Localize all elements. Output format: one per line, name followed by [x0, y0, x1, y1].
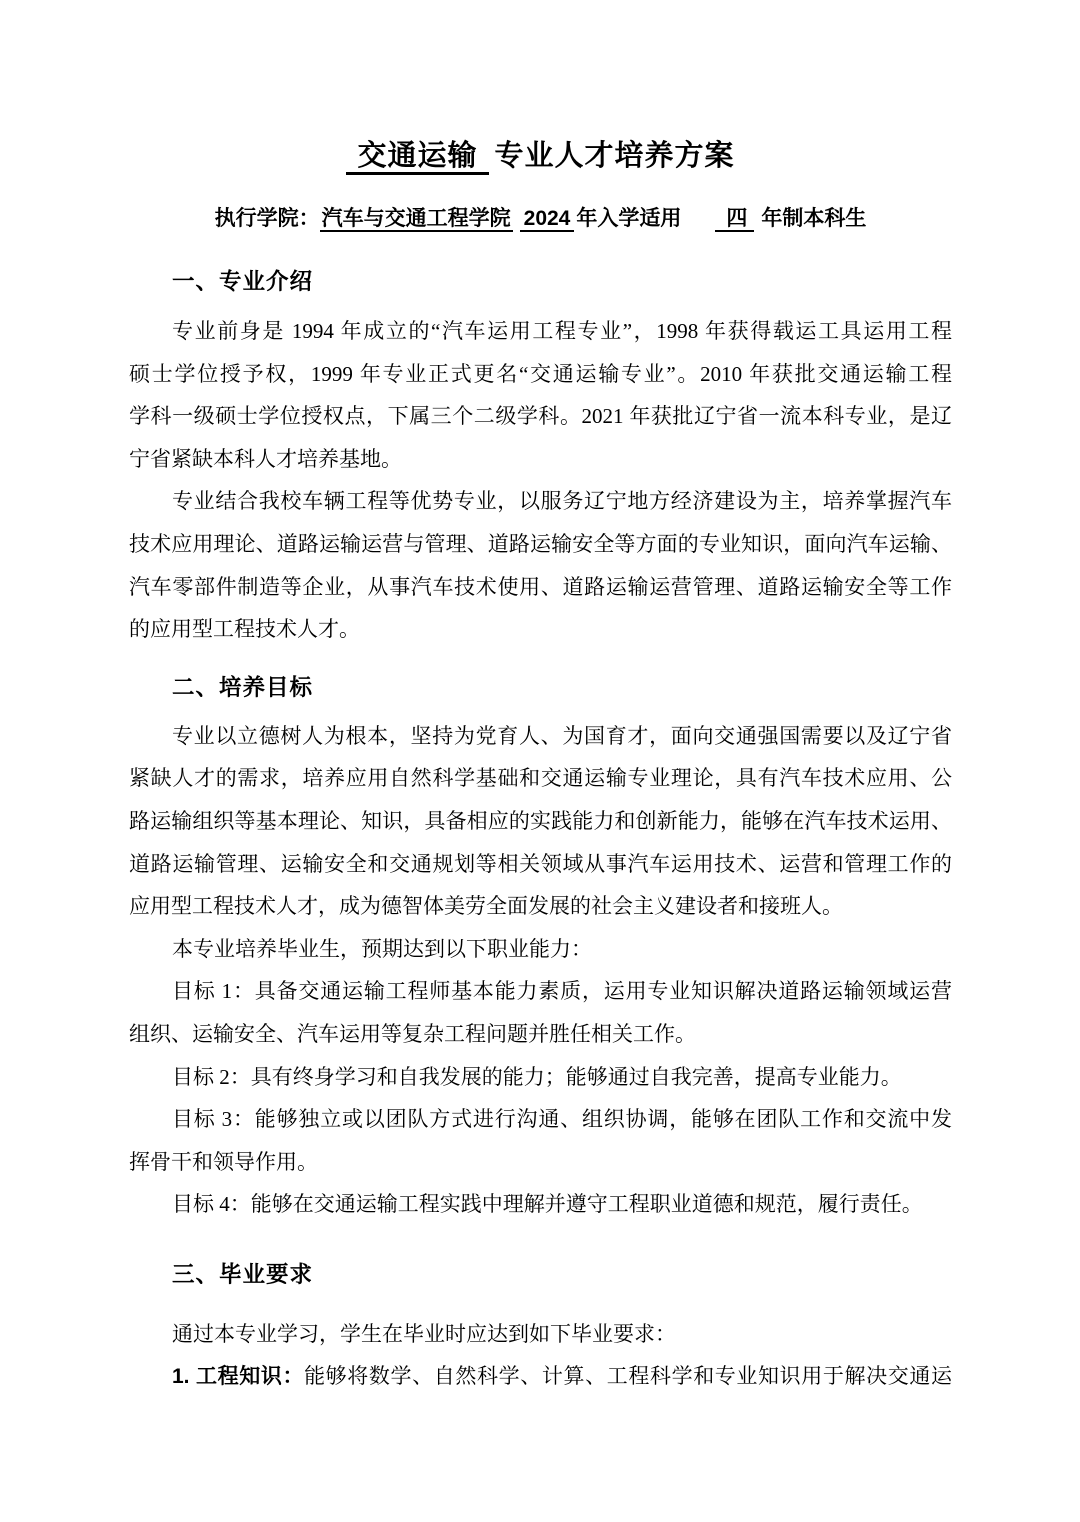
text-line: 本专业培养毕业生，预期达到以下职业能力： — [129, 928, 952, 971]
text-line: 宁省紧缺本科人才培养基地。 — [129, 438, 952, 481]
para-intro-2: 专业结合我校车辆工程等优势专业，以服务辽宁地方经济建设为主，培养掌握汽车技术应用… — [129, 480, 952, 650]
text-line: 专业前身是 1994 年成立的“汽车运用工程专业”，1998 年获得载运工具运用… — [129, 310, 952, 353]
text-line: 紧缺人才的需求，培养应用自然科学基础和交通运输专业理论，具有汽车技术应用、公 — [129, 757, 952, 800]
text-line: 1. 工程知识：能够将数学、自然科学、计算、工程科学和专业知识用于解决交通运 — [129, 1355, 952, 1399]
text-line: 学科一级硕士学位授权点，下属三个二级学科。2021 年获批辽宁省一流本科专业，是… — [129, 395, 952, 438]
text-line: 通过本专业学习，学生在毕业时应达到如下毕业要求： — [129, 1313, 952, 1356]
text-line: 硕士学位授予权，1999 年专业正式更名“交通运输专业”。2010 年获批交通运… — [129, 353, 952, 396]
text-run: 能够将数学、自然科学、计算、工程科学和专业知识用于解决交通运 — [304, 1364, 952, 1388]
text-line: 汽车零部件制造等企业，从事汽车技术使用、道路运输运营管理、道路运输安全等工作 — [129, 566, 952, 609]
doc-title: 交通运输专业人才培养方案 — [129, 133, 952, 179]
para-objective-2: 目标 2：具有终身学习和自我发展的能力；能够通过自我完善，提高专业能力。 — [129, 1056, 952, 1099]
subtitle-duration-underlined: 四 — [715, 207, 754, 232]
subtitle-duration-suffix: 年制本科生 — [761, 207, 866, 230]
subtitle-year-underlined: 2024 — [520, 207, 575, 232]
text-line: 的应用型工程技术人才。 — [129, 608, 952, 651]
bold-run: 1. 工程知识： — [172, 1365, 304, 1388]
text-line: 专业结合我校车辆工程等优势专业，以服务辽宁地方经济建设为主，培养掌握汽车 — [129, 480, 952, 523]
para-objective-3: 目标 3：能够独立或以团队方式进行沟通、组织协调，能够在团队工作和交流中发挥骨干… — [129, 1098, 952, 1183]
text-line: 组织、运输安全、汽车运用等复杂工程问题并胜任相关工作。 — [129, 1013, 952, 1056]
text-line: 技术应用理论、道路运输运营与管理、道路运输安全等方面的专业知识，面向汽车运输、 — [129, 523, 952, 566]
text-line: 目标 1：具备交通运输工程师基本能力素质，运用专业知识解决道路运输领域运营 — [129, 970, 952, 1013]
subtitle-label: 执行学院： — [215, 207, 320, 230]
section-heading-3: 三、毕业要求 — [129, 1259, 952, 1290]
text-line: 应用型工程技术人才，成为德智体美劳全面发展的社会主义建设者和接班人。 — [129, 885, 952, 928]
section-heading-2: 二、培养目标 — [129, 672, 952, 703]
document-page: 交通运输专业人才培养方案 执行学院：汽车与交通工程学院2024年入学适用四年制本… — [0, 0, 1080, 1522]
doc-subtitle: 执行学院：汽车与交通工程学院2024年入学适用四年制本科生 — [129, 204, 952, 233]
text-line: 挥骨干和领导作用。 — [129, 1141, 952, 1184]
para-objective-4: 目标 4：能够在交通运输工程实践中理解并遵守工程职业道德和规范，履行责任。 — [129, 1183, 952, 1226]
para-goal-overview: 专业以立德树人为根本，坚持为党育人、为国育才，面向交通强国需要以及辽宁省紧缺人才… — [129, 715, 952, 928]
document-body: 一、专业介绍专业前身是 1994 年成立的“汽车运用工程专业”，1998 年获得… — [129, 266, 952, 1399]
para-intro-1: 专业前身是 1994 年成立的“汽车运用工程专业”，1998 年获得载运工具运用… — [129, 310, 952, 480]
text-line: 目标 3：能够独立或以团队方式进行沟通、组织协调，能够在团队工作和交流中发 — [129, 1098, 952, 1141]
subtitle-year-suffix: 年入学适用 — [576, 207, 681, 230]
doc-title-major-underlined: 交通运输 — [346, 140, 488, 175]
text-line: 路运输组织等基本理论、知识，具备相应的实践能力和创新能力，能够在汽车技术运用、 — [129, 800, 952, 843]
para-objective-1: 目标 1：具备交通运输工程师基本能力素质，运用专业知识解决道路运输领域运营组织、… — [129, 970, 952, 1055]
text-line: 专业以立德树人为根本，坚持为党育人、为国育才，面向交通强国需要以及辽宁省 — [129, 715, 952, 758]
para-req-intro: 通过本专业学习，学生在毕业时应达到如下毕业要求： — [129, 1313, 952, 1356]
text-line: 目标 2：具有终身学习和自我发展的能力；能够通过自我完善，提高专业能力。 — [129, 1056, 952, 1099]
text-line: 目标 4：能够在交通运输工程实践中理解并遵守工程职业道德和规范，履行责任。 — [129, 1183, 952, 1226]
para-req-1: 1. 工程知识：能够将数学、自然科学、计算、工程科学和专业知识用于解决交通运 — [129, 1355, 952, 1399]
subtitle-college-underlined: 汽车与交通工程学院 — [320, 207, 513, 232]
section-heading-1: 一、专业介绍 — [129, 266, 952, 297]
doc-title-rest: 专业人才培养方案 — [495, 140, 735, 172]
text-line: 道路运输管理、运输安全和交通规划等相关领域从事汽车运用技术、运营和管理工作的 — [129, 843, 952, 886]
para-career-intro: 本专业培养毕业生，预期达到以下职业能力： — [129, 928, 952, 971]
